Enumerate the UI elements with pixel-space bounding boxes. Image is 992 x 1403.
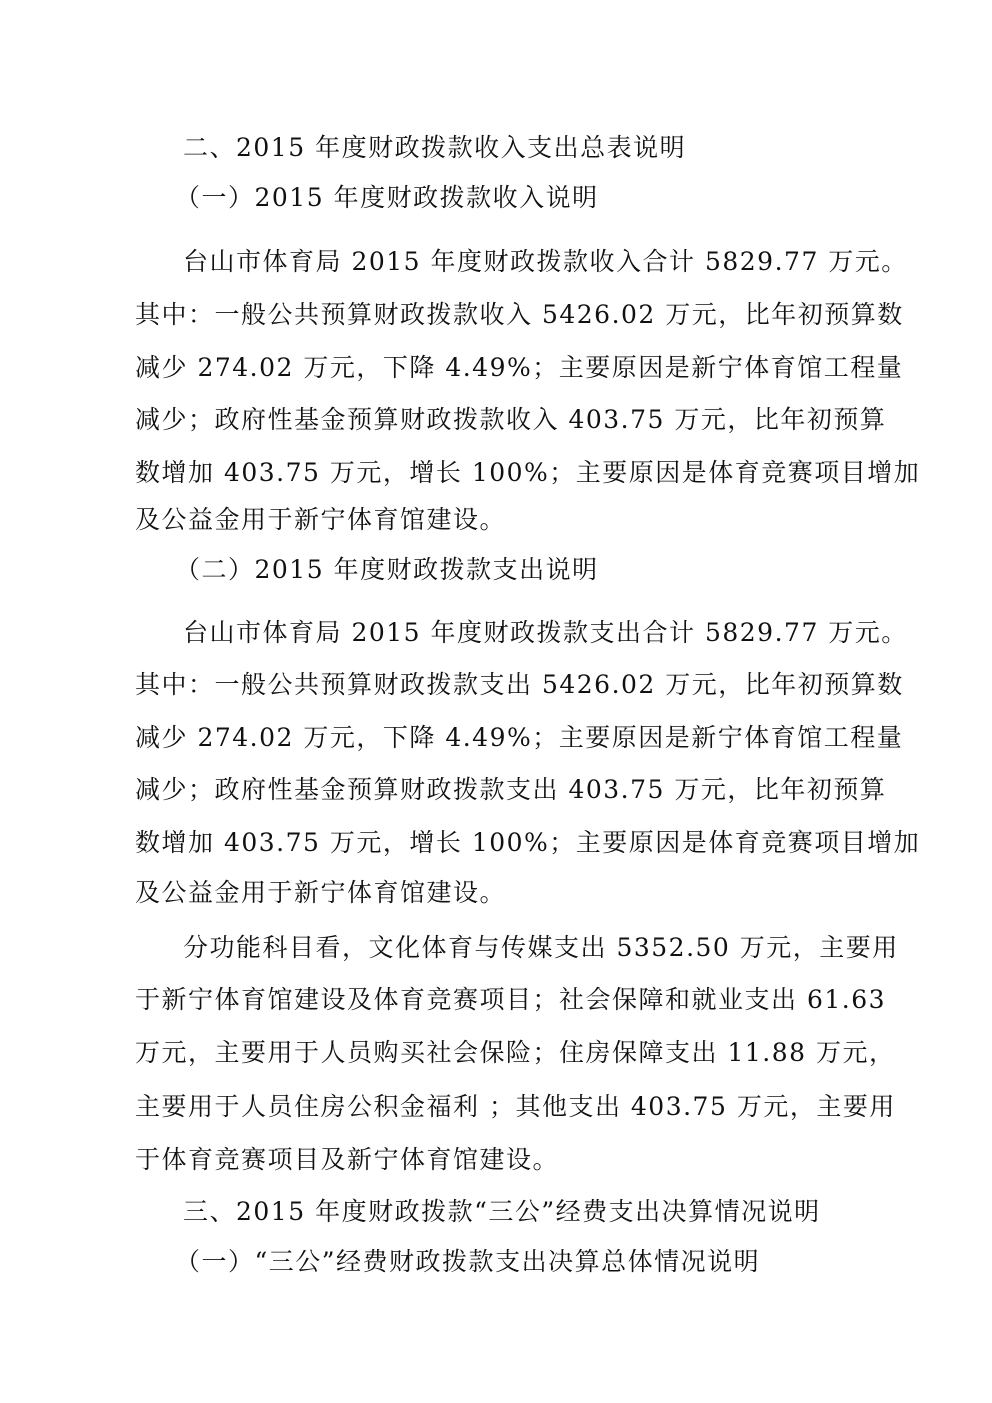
subsection-heading-expenditure: （二）2015 年度财政拨款支出说明 <box>175 550 599 590</box>
functional-paragraph-line-3: 万元，主要用于人员购买社会保险；住房保障支出 11.88 万元， <box>135 1033 861 1073</box>
income-paragraph-line-5: 数增加 403.75 万元，增长 100%；主要原因是体育竞赛项目增加 <box>135 453 861 493</box>
subsection-heading-three-public: （一）“三公”经费财政拨款支出决算总体情况说明 <box>175 1242 760 1282</box>
income-paragraph-line-6: 及公益金用于新宁体育馆建设。 <box>135 500 861 540</box>
income-paragraph-line-3: 减少 274.02 万元，下降 4.49%；主要原因是新宁体育馆工程量 <box>135 348 861 388</box>
section-heading-3: 三、2015 年度财政拨款“三公”经费支出决算情况说明 <box>183 1192 821 1232</box>
income-paragraph-line-1: 台山市体育局 2015 年度财政拨款收入合计 5829.77 万元。 <box>183 242 861 282</box>
expenditure-paragraph-line-5: 数增加 403.75 万元，增长 100%；主要原因是体育竞赛项目增加 <box>135 823 861 863</box>
expenditure-paragraph-line-4: 减少；政府性基金预算财政拨款支出 403.75 万元，比年初预算 <box>135 770 861 810</box>
section-heading-2: 二、2015 年度财政拨款收入支出总表说明 <box>183 128 686 168</box>
functional-paragraph-line-4: 主要用于人员住房公积金福利 ；其他支出 403.75 万元，主要用 <box>135 1087 861 1127</box>
functional-paragraph-line-5: 于体育竞赛项目及新宁体育馆建设。 <box>135 1140 861 1180</box>
expenditure-paragraph-line-3: 减少 274.02 万元，下降 4.49%；主要原因是新宁体育馆工程量 <box>135 718 861 758</box>
expenditure-paragraph-line-2: 其中：一般公共预算财政拨款支出 5426.02 万元，比年初预算数 <box>135 665 861 705</box>
expenditure-paragraph-line-1: 台山市体育局 2015 年度财政拨款支出合计 5829.77 万元。 <box>183 613 861 653</box>
income-paragraph-line-4: 减少；政府性基金预算财政拨款收入 403.75 万元，比年初预算 <box>135 400 861 440</box>
income-paragraph-line-2: 其中：一般公共预算财政拨款收入 5426.02 万元，比年初预算数 <box>135 295 861 335</box>
functional-paragraph-line-1: 分功能科目看，文化体育与传媒支出 5352.50 万元，主要用 <box>183 928 861 968</box>
expenditure-paragraph-line-6: 及公益金用于新宁体育馆建设。 <box>135 873 861 913</box>
subsection-heading-income: （一）2015 年度财政拨款收入说明 <box>175 178 599 218</box>
functional-paragraph-line-2: 于新宁体育馆建设及体育竞赛项目；社会保障和就业支出 61.63 <box>135 980 861 1020</box>
document-page: 二、2015 年度财政拨款收入支出总表说明 （一）2015 年度财政拨款收入说明… <box>0 0 992 1403</box>
